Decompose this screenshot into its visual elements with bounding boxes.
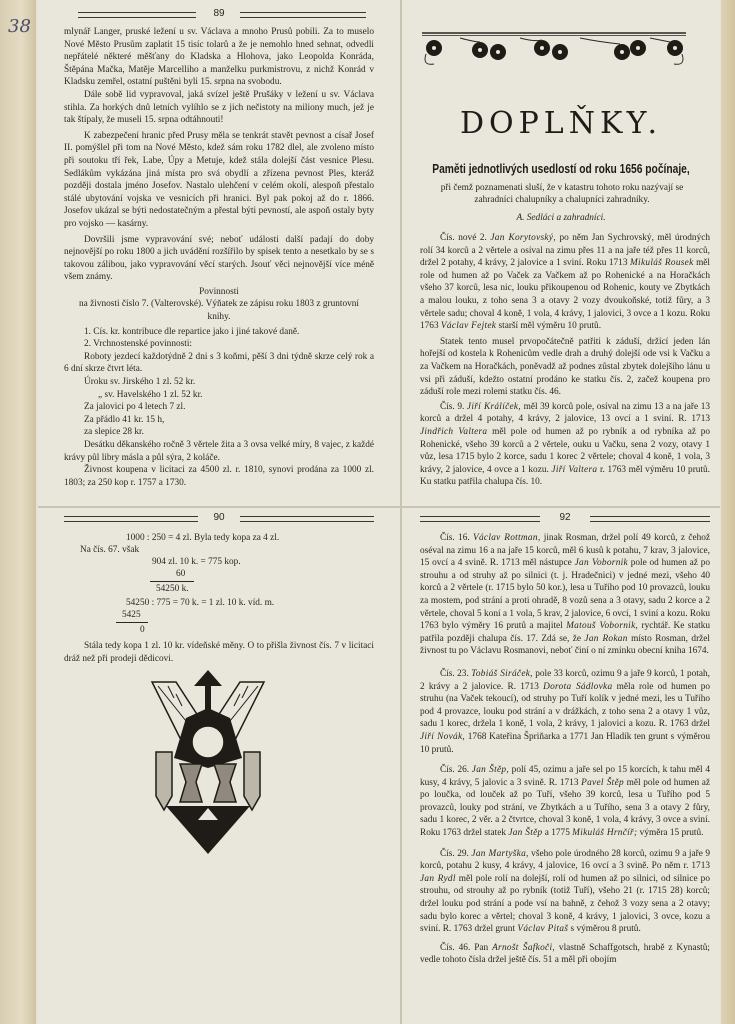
text-run: starší měl výměru 10 prutů. — [496, 321, 601, 331]
calc-line: 904 zl. 10 k. = 775 kop. — [152, 556, 241, 569]
book-binding-left — [0, 0, 36, 1024]
paragraph: Čís. 29. Jan Martyška, všeho pole úrodné… — [420, 848, 710, 936]
person-name: Václav Rottman, — [473, 533, 540, 543]
paragraph: Čís. nové 2. Jan Korytovský, po něm Jan … — [420, 232, 710, 333]
person-name: Jiří Králíček, — [467, 402, 521, 412]
calc-line: 54250 : 775 = 70 k. = 1 zl. 10 k. víd. m… — [126, 597, 274, 610]
person-name: Jindřich Valtera — [420, 427, 487, 437]
handwritten-folio-number: 38 — [8, 16, 31, 37]
person-name: Jan Korytovský, — [490, 233, 556, 243]
person-name: Matouš Vobornik, — [566, 621, 638, 631]
person-name: Pavel Štěp — [581, 778, 624, 788]
emblem-illustration-icon — [146, 668, 270, 858]
person-name: Jiří Valtera — [551, 465, 597, 475]
calc-line: 60 — [176, 568, 185, 581]
page-91: DOPLŇKY. Paměti jednotlivých usedlostí o… — [402, 0, 720, 506]
person-name: Jan Martyška, — [471, 849, 528, 859]
page-number: 89 — [207, 8, 230, 21]
section-subheading: na živnosti číslo 7. (Valterovské). Výňa… — [64, 298, 374, 323]
paragraph: Čís. 46. Pan Arnošt Šafkoči, vlastně Sch… — [420, 942, 710, 967]
page-92: 92 Čís. 16. Václav Rottman, jinak Rosman… — [402, 508, 720, 1024]
list-item: Úroku sv. Jirského 1 zl. 52 kr. — [64, 376, 374, 389]
paragraph: K zabezpečení hranic před Prusy měla se … — [64, 130, 374, 231]
paragraph: Dále sobě lid vypravoval, jaká svízel je… — [64, 89, 374, 127]
page-89: 89 mlynář Langer, pruské ležení u sv. Vá… — [38, 0, 400, 506]
list-item: 2. Vrchnostenské povinnosti: — [64, 338, 374, 351]
page-divider-horizontal — [38, 506, 720, 508]
calculation: 1000 : 250 = 4 zl. Byla tedy kopa za 4 z… — [64, 530, 374, 624]
section-heading: Povinnosti — [64, 286, 374, 299]
paragraph: Čís. 9. Jiří Králíček, měl 39 korců pole… — [420, 401, 710, 489]
text-run: Statek tento musel prvopočátečně patřiti… — [420, 337, 710, 397]
text-run: Čís. nové 2. — [440, 233, 490, 243]
calc-rule — [116, 622, 148, 623]
paragraph: mlynář Langer, pruské ležení u sv. Václa… — [64, 26, 374, 89]
paragraph: Čís. 26. Jan Štěp, polí 45, ozimu a jaře… — [420, 764, 710, 840]
person-name: Dorota Sádlovka — [543, 682, 612, 692]
page-number: 90 — [207, 512, 230, 525]
text-run: Čís. 23. — [440, 669, 471, 679]
person-name: Václav Pitaš — [517, 924, 568, 934]
calc-rule — [150, 581, 194, 582]
paragraph: Čís. 23. Tobiáš Siráček, pole 33 korců, … — [420, 668, 710, 756]
paragraph: Statek tento musel prvopočátečně patřiti… — [420, 336, 710, 399]
list-item: za slepice 28 kr. — [64, 426, 374, 439]
person-name: Jan Rokan — [584, 634, 627, 644]
text-run: Čís. 46. Pan — [440, 943, 492, 953]
paragraph: Stála tedy kopa 1 zl. 10 kr. vídeňské mě… — [64, 640, 374, 665]
paragraph: Čís. 16. Václav Rottman, jinak Rosman, d… — [420, 532, 710, 658]
list-item: 1. Cís. kr. kontribuce dle repartice jak… — [64, 326, 374, 339]
section-heading: A. Sedláci a zahradníci. — [402, 212, 720, 225]
paragraph: Dovršili jsme vypravování své; neboť udá… — [64, 234, 374, 284]
page-header: 90 — [64, 512, 374, 526]
person-name: Mikuláš Hrnčíř; — [572, 828, 637, 838]
subtitle-note: při čemž poznamenati sluší, že v katastr… — [422, 182, 702, 206]
calc-line: 54250 k. — [156, 583, 189, 596]
page-number: 92 — [553, 512, 576, 525]
text-run: Čís. 26. — [440, 765, 472, 775]
page-title: DOPLŇKY. — [402, 118, 720, 131]
floral-ornament-icon — [420, 30, 688, 70]
page-body: Čís. 16. Václav Rottman, jinak Rosman, d… — [420, 532, 710, 967]
page-divider-vertical — [400, 0, 402, 1024]
calc-line: Na čís. 67. však — [80, 544, 139, 557]
text-run: s výměrou 8 prutů. — [568, 924, 641, 934]
text-run: Čís. 9. — [440, 402, 467, 412]
list-item: „ sv. Havelského 1 zl. 52 kr. — [64, 389, 374, 402]
page-header: 92 — [420, 512, 710, 526]
text-run: výměra 15 prutů. — [637, 828, 703, 838]
paragraph: Živnost koupena v licitaci za 4500 zl. r… — [64, 464, 374, 489]
person-name: Jan Štěp, — [472, 765, 509, 775]
page-body: Čís. nové 2. Jan Korytovský, po něm Jan … — [420, 232, 710, 489]
calc-line: 1000 : 250 = 4 zl. Byla tedy kopa za 4 z… — [126, 532, 279, 545]
text-run: Čís. 29. — [440, 849, 471, 859]
page-header: 89 — [64, 8, 374, 22]
paragraph: Roboty jezdecí každotýdně 2 dni s 3 koňm… — [64, 351, 374, 376]
calc-line: 0 — [140, 624, 145, 637]
person-name: Tobiáš Siráček, — [471, 669, 533, 679]
person-name: Arnošt Šafkoči, — [492, 943, 555, 953]
text-run: Čís. 16. — [440, 533, 473, 543]
person-name: Jiří Novák, — [420, 732, 465, 742]
text-run: a 1775 — [542, 828, 572, 838]
person-name: Jan Vobornik — [575, 558, 628, 568]
subtitle: Paměti jednotlivých usedlostí od roku 16… — [431, 163, 692, 176]
person-name: Mikuláš Rousek — [630, 258, 694, 268]
paragraph: Desátku děkanského ročně 3 věrtele žita … — [64, 439, 374, 464]
calc-line: 5425 — [122, 609, 141, 622]
person-name: Jan Štěp — [508, 828, 542, 838]
list-item: Za přádlo 41 kr. 15 h, — [64, 414, 374, 427]
list-item: Za jalovici po 4 letech 7 zl. — [64, 401, 374, 414]
page-90: 90 1000 : 250 = 4 zl. Byla tedy kopa za … — [38, 508, 400, 1024]
person-name: Václav Fejtek — [441, 321, 496, 331]
book-binding-right — [721, 0, 735, 1024]
person-name: Jan Rydl — [420, 874, 456, 884]
